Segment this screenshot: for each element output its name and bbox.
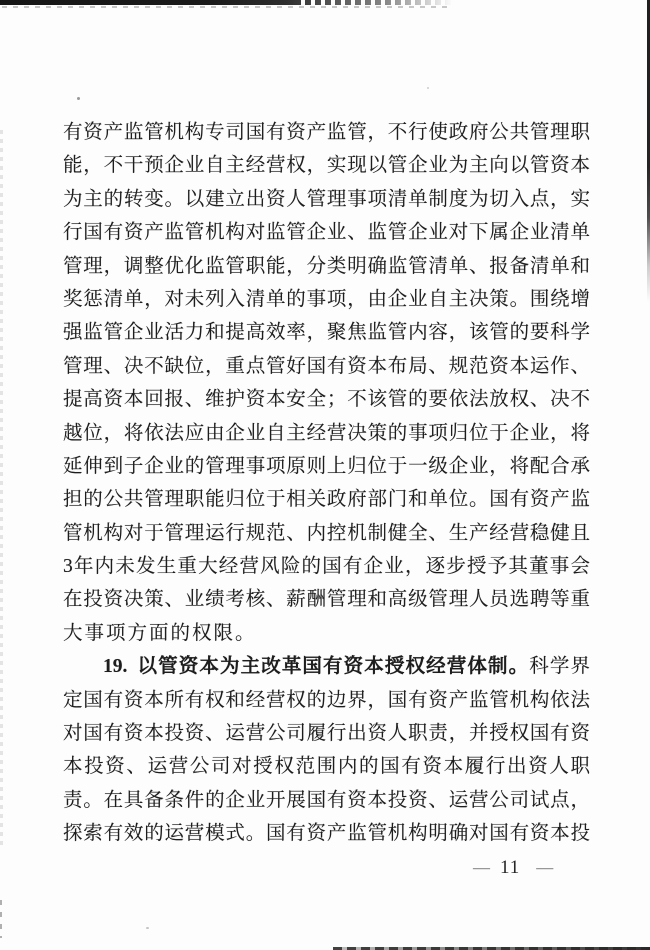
text-line: 提高资本回报、维护资本安全；不该管的要依法放权、决不 (63, 383, 590, 416)
text-line: 探索有效的运营模式。国有资产监管机构明确对国有资本投 (63, 817, 590, 850)
text-line: 延伸到子企业的管理事项原则上归位于一级企业，将配合承 (63, 450, 590, 483)
text-line: 本投资、运营公司对授权范围内的国有资本履行出资人职 (63, 750, 590, 783)
text-line: 19.以管资本为主改革国有资本授权经营体制。科学界 (63, 650, 590, 683)
text-line: 管理、决不缺位，重点管好国有资本布局、规范资本运作、 (63, 350, 590, 383)
scan-artifact-left-edge (0, 130, 3, 850)
text-line: 在投资决策、业绩考核、薪酬管理和高级管理人员选聘等重 (63, 583, 590, 616)
page-number-left-dash: — (473, 860, 490, 876)
section-heading-text: 以管资本为主改革国有资本授权经营体制。 (136, 656, 529, 677)
text-line: 担的公共管理职能归位于相关政府部门和单位。国有资产监 (63, 483, 590, 516)
text-line: 责。在具备条件的企业开展国有资本投资、运营公司试点， (63, 784, 590, 817)
document-page: 有资产监管机构专司国有资产监管，不行使政府公共管理职能，不干预企业自主经营权，实… (0, 0, 650, 950)
text-line: 管理，调整优化监管职能，分类明确监管清单、报备清单和 (63, 250, 590, 283)
text-line: 有资产监管机构专司国有资产监管，不行使政府公共管理职 (63, 116, 590, 149)
page-number: — 11 — (473, 858, 553, 878)
text-line: 行国有资产监管机构对监管企业、监管企业对下属企业清单 (63, 216, 590, 249)
section-heading-text: 19. (103, 656, 127, 677)
page-number-value: 11 (500, 858, 520, 878)
text-line: 为主的转变。以建立出资人管理事项清单制度为切入点，实 (63, 183, 590, 216)
scan-artifact-top-edge-breaks (295, 0, 462, 5)
document-body: 有资产监管机构专司国有资产监管，不行使政府公共管理职能，不干预企业自主经营权，实… (63, 116, 590, 851)
text-line: 强监管企业活力和提高效率，聚焦监管内容，该管的要科学 (63, 316, 590, 349)
text-line: 3年内未发生重大经营风险的国有企业，逐步授予其董事会 (63, 550, 590, 583)
page-number-right-dash: — (536, 860, 553, 876)
text-line: 大事项方面的权限。 (63, 617, 590, 650)
scan-artifact-top-dotted-line (2, 6, 450, 8)
scan-artifact-left-bottom-marks (0, 900, 2, 938)
text-line: 越位，将依法应由企业自主经营决策的事项归位于企业，将 (63, 417, 590, 450)
text-line: 奖惩清单，对未列入清单的事项，由企业自主决策。围绕增 (63, 283, 590, 316)
text-line: 能，不干预企业自主经营权，实现以管企业为主向以管资本 (63, 149, 590, 182)
text-line: 管机构对于管理运行规范、内控机制健全、生产经营稳健且 (63, 517, 590, 550)
scan-speck (77, 97, 80, 100)
text-line: 定国有资本所有权和经营权的边界，国有资产监管机构依法 (63, 684, 590, 717)
body-text: 科学界 (529, 656, 590, 677)
text-line: 对国有资本投资、运营公司履行出资人职责，并授权国有资 (63, 717, 590, 750)
scan-speck (427, 87, 429, 89)
scan-speck (146, 927, 149, 929)
